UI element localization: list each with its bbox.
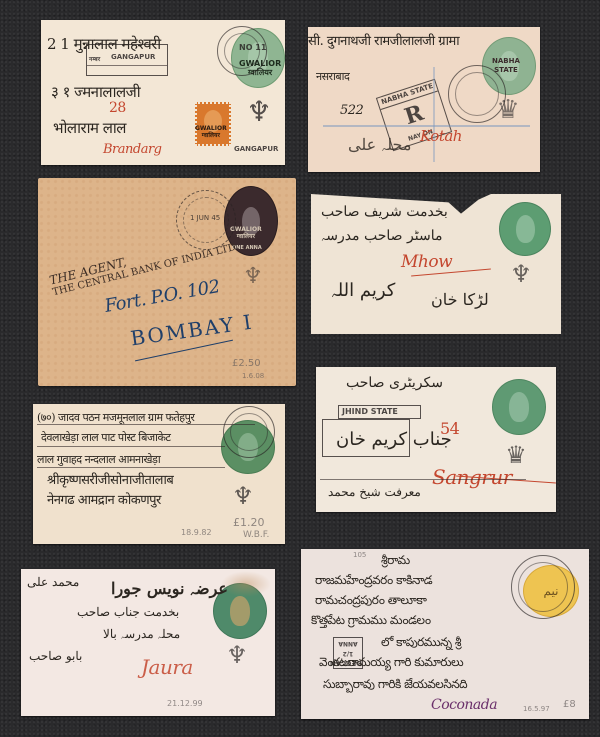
pencil-date: 18.9.82 [181,528,212,537]
imprinted-stamp [499,202,551,256]
address-line-4: भोलाराम लाल [53,118,126,138]
address-line-5: नेनगढ आमद्रान कोकणपुर [47,490,161,508]
postmark [448,65,506,123]
address-line-7: సుబ్బారావు గారికి జేయవలసినది [323,677,467,694]
urdu-line-1: ﺑﺨﺪﻣﺖ ﺷﺮﯾﻒ ﺻﺎﺣﺐ [321,204,448,220]
address-line-2: రాజమహేంద్రవరం కాకినాడ [315,573,432,590]
imprinted-stamp [492,379,546,435]
red-number: 28 [109,100,126,116]
urdu-line-1: ﺳﮑﺮﯾﭩﺮی ﺻﺎﺣﺐ [346,375,443,391]
address-line-3: రామచంద్రపురం తాలూకా [315,593,426,610]
urdu-line-3: ﮐﺮﯾﻢ اﻟﻠﮧ [331,280,395,301]
crest-icon: ♆ [223,484,263,508]
pencil-price: £8 [563,699,576,710]
address-line-3: लाल गुवाहद नन्दलाल आमनाखेड़ा [37,452,160,467]
blue-crayon-line-vertical [433,67,435,162]
gwalior-crest-icon: ♆ [233,266,273,288]
pencil-price: £1.20 [233,516,265,529]
urdu-line-1: ﻋﺮﺿﮧ ﻧﻮﯾﺲ ﺟﻮرا [111,579,228,599]
postmark [511,555,575,619]
address-line-6: వెంకటరామయ్య గారి కుమారులు [319,655,463,672]
adhesive-overprint: GWALIOR ग्वालियर [195,125,227,139]
address-line-1: सी. दुगनाथजी रामजीलालजी ग्रामा [308,31,459,49]
envelope-nabha-registered: NABHA STATE ♛ NABHA STATE R NAY ON सी. द… [308,27,540,172]
red-destination: Mhow [401,252,452,272]
envelope-jhind-state: ♛ JHIND STATE 54 Sangrur ﺳﮑﺮﯾﭩﺮی ﺻﺎﺣﺐ ﺟﻨ… [316,367,556,512]
envelope-gwalior-central-bank: GWALIOR ग्वालियर ONE ANNA ♆ 1 JUN 45 THE… [38,178,296,386]
postmark-date: 1 JUN 45 [190,214,220,222]
stain [221,571,271,597]
address-line-1: శ్రీరామ [381,553,410,570]
envelope-deccan-telugu: ﻧﯿﻢ DECCAN 1/2 ANNA శ్రీరామ రాజమహేంద్రవర… [301,549,589,719]
pencil-price: £2.50 [232,358,261,369]
address-line-2: ३ १ ज्मनालालजी [51,82,140,102]
adhesive-stamp [195,102,231,146]
reference-number: 522 [340,103,363,118]
pencil-date: 16.5.97 [523,705,550,713]
pencil-date: 1.6.08 [242,372,264,380]
envelope-urdu-jaura: ♆ ﻋﺮﺿﮧ ﻧﻮﯾﺲ ﺟﻮرا ﺑﺨﺪﻣﺖ ﺟﻨﺎب ﺻﺎﺣﺐ ﻣﺤﻠﮧ ﻣﺪ… [21,569,275,716]
postmark [223,406,275,458]
envelope-gwalior-gangapur: GWALIOR ग्वालियर NO 11 GANGAPUR ♆ नम्बर … [41,20,285,165]
line-rule [37,467,225,468]
address-line-4: కొత్తపేట గ్రామము మండలం [311,613,431,630]
urdu-line-4: ﻣﺤﻤﺪ ﻋﻠﯽ [27,575,79,589]
crest-icon: ♆ [215,643,259,667]
address-line-4: श्रीकृष्णसरीजीसोनाजीतालाब [47,470,173,488]
address-line-2: देवलाखेड़ा लाल पाट पोस्ट बिजाकेट [41,430,170,445]
violet-destination: Coconada [431,697,497,713]
address-line-1: (७०) जादव पठन मजमूनलाल ग्राम फतेहपुर [37,410,194,425]
address-line-1: 2 1 मुन्नालाल महेश्वरी [47,34,161,54]
pencil-code: W.B.F. [243,530,269,540]
line-rule [37,424,255,425]
line-rule [320,479,526,480]
red-destination: Brandarg [103,142,162,157]
envelope-devanagari-gwalior: ♆ (७०) जादव पठन मजमूनलाल ग्राम फतेहपुर द… [33,404,285,544]
crest-icon: ♆ [501,262,541,286]
urdu-line-5: ﺑﺎﺑﻮ ﺻﺎﺣﺐ [29,649,82,663]
pencil-date: 21.12.99 [167,699,203,708]
red-destination: Jaura [141,655,193,679]
urdu-line-2: ﺟﻨﺎب ﮐﺮﯾﻢ ﺧﺎن [336,429,452,450]
envelope-urdu-mhow: ♆ ﺑﺨﺪﻣﺖ ﺷﺮﯾﻒ ﺻﺎﺣﺐ ﻣﺎﺳﭩﺮ ﺻﺎﺣﺐ ﻣﺪرﺳﮧ Mhow … [311,194,561,334]
urdu-line-3: ﻣﻌﺮﻓﺖ ﺷﯿﺦ ﻣﺤﻤﺪ [328,485,421,499]
postmark-town: GANGAPUR [234,145,278,153]
urdu-line: ﻣﺤﻠﮧ ﻋﻠﯽ [348,135,411,155]
urdu-line-2: ﻣﺎﺳﭩﺮ ﺻﺎﺣﺐ ﻣﺪرﺳﮧ [321,228,442,244]
gwalior-crest-icon: ♆ [239,98,279,132]
jhind-state-cachet: JHIND STATE [338,405,421,419]
address-line-5: లో కాపురమున్న శ్రీ [381,635,461,652]
postmark-date: NO 11 [239,43,266,52]
red-destination: Kotah [420,127,462,145]
address-line-2: नसराबाद [316,69,349,84]
line-rule [37,446,225,447]
urdu-line-2: ﺑﺨﺪﻣﺖ ﺟﻨﺎب ﺻﺎﺣﺐ [77,605,179,619]
pencil-ref: 105 [353,551,366,559]
urdu-line-3: ﻣﺤﻠﮧ ﻣﺪرﺳﮧ ﺑﺎﻻ [103,627,180,642]
urdu-line-4: ﻟﮍﮐﺎ ﺧﺎن [431,290,489,309]
